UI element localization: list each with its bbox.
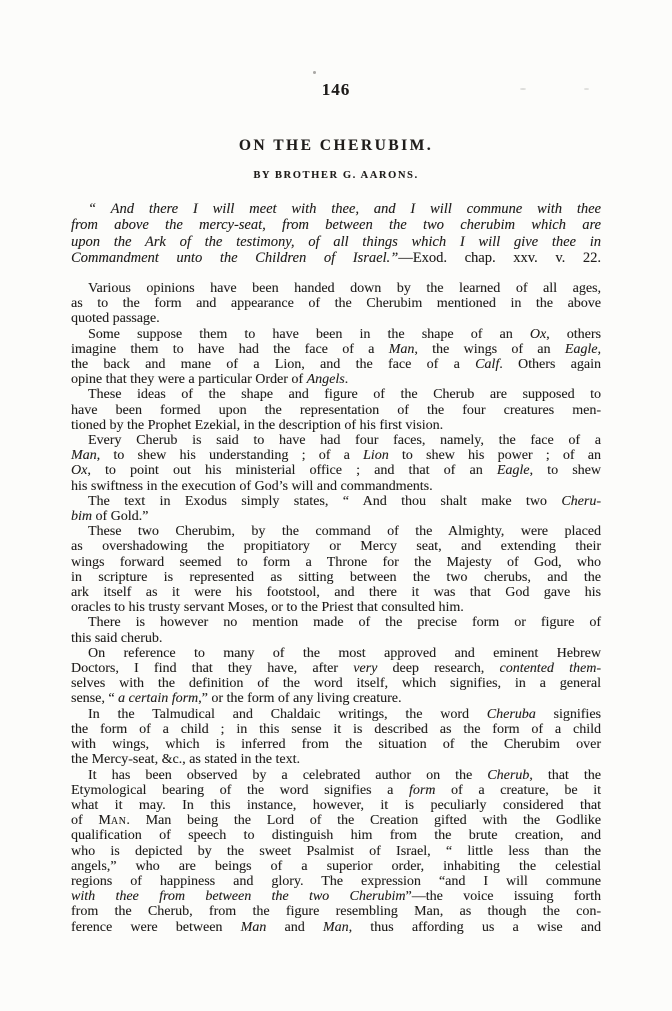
text-segment: as overshadowing the propitiatory or Mer…	[71, 539, 601, 554]
text-line: The text in Exodus simply states, “ And …	[71, 494, 601, 509]
text-segment: his swiftness in the execution of God’s …	[71, 479, 433, 494]
scan-speck	[313, 71, 316, 74]
text-segment: There is however no mention made of the …	[88, 615, 601, 630]
paragraph: Various opinions have been handed down b…	[71, 281, 601, 327]
text-line: “ And there I will meet with thee, and I…	[71, 201, 601, 217]
text-line: of Man. Man being the Lord of the Creati…	[71, 813, 601, 828]
text-line: with wings, which is inferred from the s…	[71, 737, 601, 752]
text-line: the Mercy-seat, &c., as stated in the te…	[71, 752, 601, 767]
epigraph: “ And there I will meet with thee, and I…	[71, 201, 601, 266]
paragraph: There is however no mention made of the …	[71, 615, 601, 645]
text-segment: , the wings of an	[414, 342, 564, 357]
text-segment: have been formed upon the representation…	[71, 403, 601, 418]
text-segment: ference were between	[71, 920, 241, 935]
text-segment: , thus affording us a wise and	[349, 920, 601, 935]
text-segment: what it may. In this instance, however, …	[71, 798, 601, 813]
text-line: from the Cherub, from the figure resembl…	[71, 904, 601, 919]
text-segment: quoted passage.	[71, 311, 160, 326]
paragraph: The text in Exodus simply states, “ And …	[71, 494, 601, 524]
text-line: ark itself as it were his footstool, and…	[71, 585, 601, 600]
text-line: regions of happiness and glory. The expr…	[71, 874, 601, 889]
text-line: ference were between Man and Man, thus a…	[71, 920, 601, 935]
text-segment: On reference to many of the most approve…	[88, 646, 601, 661]
text-segment: These ideas of the shape and figure of t…	[88, 387, 601, 402]
text-segment: in scripture is represented as sitting b…	[71, 570, 601, 585]
text-line: On reference to many of the most approve…	[71, 646, 601, 661]
text-segment: In the Talmudical and Chaldaic writings,…	[88, 707, 487, 722]
text-line: with thee from between the two Cherubim”…	[71, 889, 601, 904]
text-segment: Eagle	[497, 463, 530, 478]
text-line: There is however no mention made of the …	[71, 615, 601, 630]
paragraph: On reference to many of the most approve…	[71, 646, 601, 707]
text-segment: Some suppose them to have been in the sh…	[88, 327, 530, 342]
text-segment: , others	[546, 327, 601, 342]
text-segment: wings forward seemed to form a Throne fo…	[71, 555, 601, 570]
text-segment: bim	[71, 509, 92, 524]
text-segment: who is depicted by the sweet Psalmist of…	[71, 844, 601, 859]
text-segment: “ And there I will meet with thee, and I…	[88, 201, 601, 217]
text-segment: ”—the voice issuing forth	[406, 889, 602, 904]
text-segment: very	[353, 661, 377, 676]
text-segment: this said cherub.	[71, 631, 162, 646]
text-segment: Angels	[307, 372, 345, 387]
text-segment: of Gold.”	[92, 509, 148, 524]
text-line: Etymological bearing of the word signifi…	[71, 783, 601, 798]
text-line: his swiftness in the execution of God’s …	[71, 479, 601, 494]
paragraph: In the Talmudical and Chaldaic writings,…	[71, 707, 601, 768]
paragraph: These ideas of the shape and figure of t…	[71, 387, 601, 433]
text-segment: —Exod. chap. xxv. v. 22.	[398, 250, 601, 266]
text-segment: with wings, which is inferred from the s…	[71, 737, 601, 752]
text-segment: a certain form	[118, 691, 198, 706]
text-line: opine that they were a particular Order …	[71, 372, 601, 387]
text-segment: Doctors, I find that they have, after	[71, 661, 353, 676]
text-segment: Eagle	[565, 342, 598, 357]
text-line: sense, “ a certain form,” or the form of…	[71, 691, 601, 706]
text-segment: , that the	[529, 768, 601, 783]
text-segment: Ox	[530, 327, 546, 342]
text-segment: of a creature, be it	[435, 783, 601, 798]
text-line: have been formed upon the representation…	[71, 403, 601, 418]
text-segment: tioned by the Prophet Ezekial, in the de…	[71, 418, 443, 433]
text-segment: as to the form and appearance of the Che…	[71, 296, 601, 311]
text-segment: Commandment unto the Children of Israel.…	[71, 250, 398, 266]
text-segment: qualification of speech to distinguish h…	[71, 828, 601, 843]
text-segment: regions of happiness and glory. The expr…	[71, 874, 601, 889]
text-line: selves with the definition of the word i…	[71, 676, 601, 691]
text-segment: to shew his power ; of an	[389, 448, 601, 463]
text-segment: Cheruba	[487, 707, 536, 722]
text-segment: of M	[71, 813, 111, 828]
text-segment: Cherub	[487, 768, 529, 783]
paragraph: Some suppose them to have been in the sh…	[71, 327, 601, 388]
text-segment: Calf	[475, 357, 499, 372]
text-line: Commandment unto the Children of Israel.…	[71, 250, 601, 266]
text-line: in scripture is represented as sitting b…	[71, 570, 601, 585]
text-segment: the back and mane of a Lion, and the fac…	[71, 357, 475, 372]
text-segment: These two Cherubim, by the command of th…	[88, 524, 601, 539]
text-line: the back and mane of a Lion, and the fac…	[71, 357, 601, 372]
text-segment: Man	[241, 920, 267, 935]
article-title: ON THE CHERUBIM.	[71, 137, 601, 155]
text-segment: ,	[598, 342, 602, 357]
text-segment: with thee from between the two Cherubim	[71, 889, 406, 904]
text-segment: selves with the definition of the word i…	[71, 676, 601, 691]
text-line: the form of a child ; in this sense it i…	[71, 722, 601, 737]
text-segment: Various opinions have been handed down b…	[88, 281, 601, 296]
text-line: Every Cherub is said to have had four fa…	[71, 433, 601, 448]
text-segment: sense, “	[71, 691, 118, 706]
text-line: as to the form and appearance of the Che…	[71, 296, 601, 311]
text-segment: form	[409, 783, 435, 798]
text-segment: The text in Exodus simply states, “ And …	[88, 494, 561, 509]
paragraph: These two Cherubim, by the command of th…	[71, 524, 601, 615]
text-segment: Cheru-	[561, 494, 601, 509]
text-segment: Ox	[71, 463, 87, 478]
text-segment: contented them-	[499, 661, 601, 676]
text-segment: . Others again	[499, 357, 601, 372]
text-segment: upon the Ark of the testimony, of all th…	[71, 234, 601, 250]
text-segment: deep research,	[377, 661, 499, 676]
text-line: tioned by the Prophet Ezekial, in the de…	[71, 418, 601, 433]
text-line: Various opinions have been handed down b…	[71, 281, 601, 296]
text-segment: Etymological bearing of the word signifi…	[71, 783, 409, 798]
text-segment: opine that they were a particular Order …	[71, 372, 307, 387]
text-segment: imagine them to have had the face of a	[71, 342, 389, 357]
text-line: It has been observed by a celebrated aut…	[71, 768, 601, 783]
text-line: as overshadowing the propitiatory or Mer…	[71, 539, 601, 554]
text-line: wings forward seemed to form a Throne fo…	[71, 555, 601, 570]
text-segment: the Mercy-seat, &c., as stated in the te…	[71, 752, 300, 767]
text-line: from above the mercy-seat, from between …	[71, 217, 601, 233]
text-segment: Lion	[363, 448, 389, 463]
text-segment: an	[111, 813, 126, 828]
text-line: upon the Ark of the testimony, of all th…	[71, 234, 601, 250]
text-line: qualification of speech to distinguish h…	[71, 828, 601, 843]
paragraph: It has been observed by a celebrated aut…	[71, 768, 601, 935]
text-line: These ideas of the shape and figure of t…	[71, 387, 601, 402]
text-segment: Man	[71, 448, 97, 463]
text-line: quoted passage.	[71, 311, 601, 326]
text-segment: Man	[389, 342, 415, 357]
text-segment: ark itself as it were his footstool, and…	[71, 585, 601, 600]
page: 146 ON THE CHERUBIM. BY BROTHER G. AARON…	[0, 0, 672, 1011]
text-line: bim of Gold.”	[71, 509, 601, 524]
text-segment: , to shew his understanding ; of a	[97, 448, 363, 463]
text-line: imagine them to have had the face of a M…	[71, 342, 601, 357]
article-body: Various opinions have been handed down b…	[71, 281, 601, 935]
text-segment: . Man being the Lord of the Creation gif…	[126, 813, 601, 828]
paragraph: Every Cherub is said to have had four fa…	[71, 433, 601, 494]
text-line: what it may. In this instance, however, …	[71, 798, 601, 813]
text-line: Some suppose them to have been in the sh…	[71, 327, 601, 342]
text-segment: Man	[323, 920, 349, 935]
text-line: Ox, to point out his ministerial office …	[71, 463, 601, 478]
text-line: this said cherub.	[71, 631, 601, 646]
text-line: who is depicted by the sweet Psalmist of…	[71, 844, 601, 859]
text-segment: , to shew	[530, 463, 601, 478]
text-line: Man, to shew his understanding ; of a Li…	[71, 448, 601, 463]
text-line: angels,” who are beings of a superior or…	[71, 859, 601, 874]
text-segment: from above the mercy-seat, from between …	[71, 217, 601, 233]
article-byline: BY BROTHER G. AARONS.	[71, 170, 601, 181]
page-number: 146	[71, 80, 601, 100]
text-segment: and	[266, 920, 323, 935]
text-segment: the form of a child ; in this sense it i…	[71, 722, 601, 737]
text-segment: .	[345, 372, 349, 387]
text-line: Doctors, I find that they have, after ve…	[71, 661, 601, 676]
text-segment: Every Cherub is said to have had four fa…	[88, 433, 601, 448]
text-line: These two Cherubim, by the command of th…	[71, 524, 601, 539]
text-segment: It has been observed by a celebrated aut…	[88, 768, 487, 783]
text-segment: signifies	[536, 707, 601, 722]
text-segment: angels,” who are beings of a superior or…	[71, 859, 601, 874]
text-segment: oracles to his trusty servant Moses, or …	[71, 600, 464, 615]
text-line: In the Talmudical and Chaldaic writings,…	[71, 707, 601, 722]
text-segment: ,” or the form of any living creature.	[198, 691, 401, 706]
text-segment: from the Cherub, from the figure resembl…	[71, 904, 601, 919]
text-segment: , to point out his ministerial office ; …	[87, 463, 497, 478]
text-line: oracles to his trusty servant Moses, or …	[71, 600, 601, 615]
